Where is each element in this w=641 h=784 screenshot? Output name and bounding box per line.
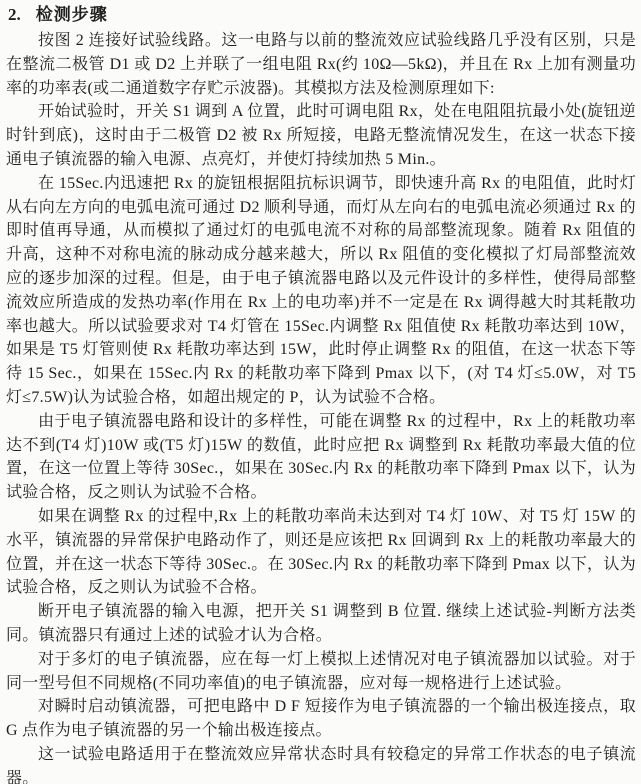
document-page: 2.检测步骤 按图 2 连接好试验线路。这一电路与以前的整流效应试验线路几乎没有… (0, 0, 641, 784)
paragraph: 对瞬时启动镇流器，可把电路中 D F 短接作为电子镇流器的一个输出极连接点，取 … (6, 695, 636, 743)
document-body: 按图 2 连接好试验线路。这一电路与以前的整流效应试验线路几乎没有区别，只是在整… (6, 29, 636, 784)
paragraph: 按图 2 连接好试验线路。这一电路与以前的整流效应试验线路几乎没有区别，只是在整… (6, 29, 636, 100)
paragraph: 这一试验电路适用于在整流效应异常状态时具有较稳定的异常工作状态的电子镇流器。 (6, 743, 636, 784)
paragraph: 在 15Sec.内迅速把 Rx 的旋钮根据阻抗标识调节，即快速升高 Rx 的电阻… (6, 172, 636, 410)
paragraph: 对于多灯的电子镇流器，应在每一灯上模拟上述情况对电子镇流器加以试验。对于同一型号… (6, 648, 636, 696)
paragraph: 如果在调整 Rx 的过程中,Rx 上的耗散功率尚未达到对 T4 灯 10W、对 … (6, 505, 636, 600)
paragraph: 断开电子镇流器的输入电源，把开关 S1 调整到 B 位置. 继续上述试验-判断方… (6, 600, 636, 648)
paragraph: 由于电子镇流器电路和设计的多样性，可能在调整 Rx 的过程中，Rx 上的耗散功率… (6, 410, 636, 505)
section-heading: 2.检测步骤 (8, 3, 636, 27)
section-number: 2. (8, 3, 21, 27)
paragraph: 开始试验时，开关 S1 调到 A 位置，此时可调电阻 Rx，处在电阻阻抗最小处(… (6, 100, 636, 171)
section-title: 检测步骤 (36, 5, 108, 24)
